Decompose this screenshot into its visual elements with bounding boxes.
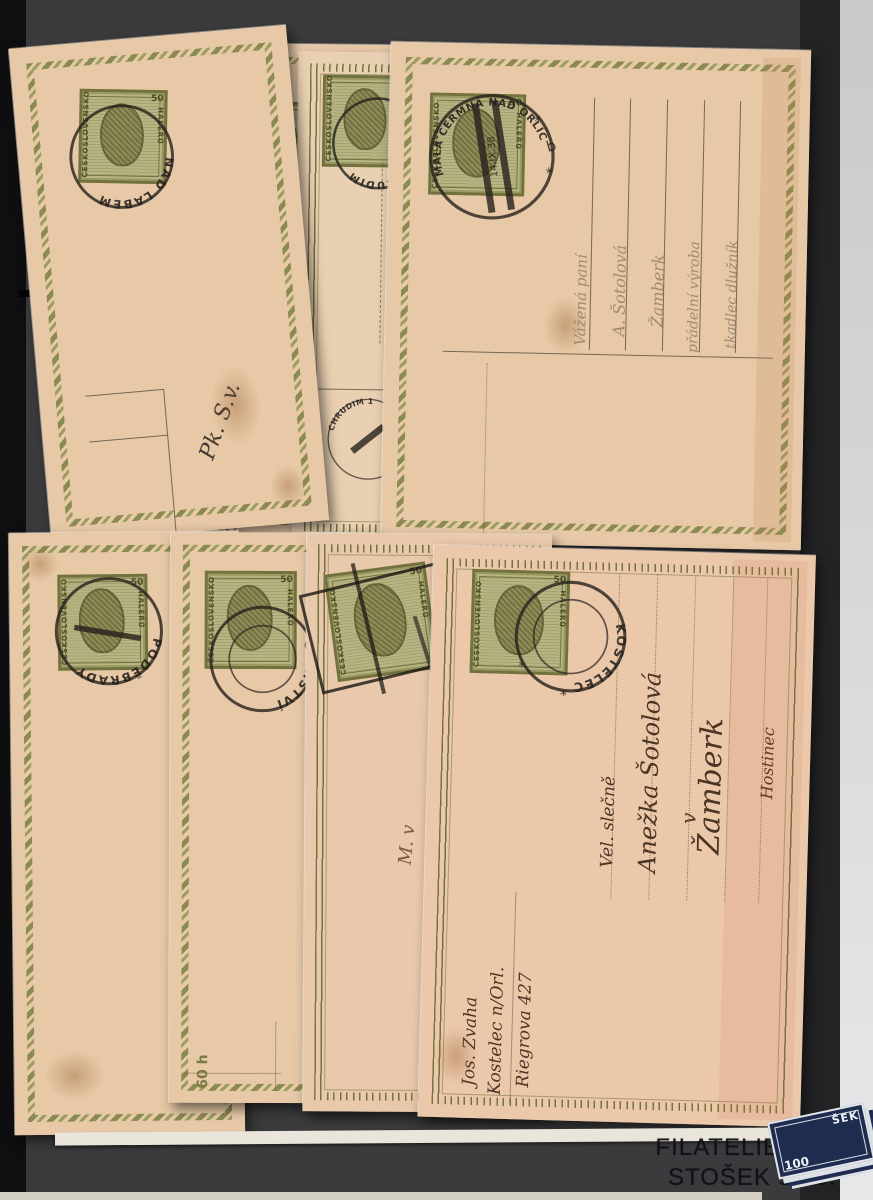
handwriting-line: Pk. S.v. (195, 379, 246, 463)
recipient-line: Žamberk (692, 717, 731, 855)
postcard-nad-labem: ČESKOSLOVENSKO 50 HALÉŘŮ NAD LABEM Pk. S… (9, 25, 329, 544)
recipient-line: Hostinec (757, 727, 778, 800)
postmark-town: KOSTELEC (565, 616, 644, 707)
page-edge-right (840, 0, 873, 1200)
address-line (589, 98, 595, 350)
dealer-watermark-line1: FILATELIE (648, 1134, 780, 1162)
postmark-letter: b (544, 137, 558, 156)
handwriting-line: A. Šotolová (609, 245, 630, 337)
postmark-podebrady: PODĚBRADY (30, 553, 187, 710)
sender-line: Riegrova 427 (513, 972, 536, 1088)
postmark-town: CHRUDIM 1 (321, 388, 378, 435)
postmark-nad-labem: NAD LABEM (41, 76, 202, 237)
recipient-line: Anežka Šotolová (633, 671, 667, 873)
handwriting-line: Vážená paní (571, 254, 591, 346)
sender-line: Kostelec n/Orl. (485, 966, 509, 1095)
postmark-town: PODĚBRADY (70, 633, 174, 702)
postmark-star: * (544, 164, 556, 182)
handwriting-line: přádelní výroba (685, 241, 703, 353)
handwriting-line: tkadlec dlužník (723, 240, 741, 349)
address-line (89, 435, 167, 443)
svg-text:CHRUDIM 1: CHRUDIM 1 (321, 388, 378, 435)
page-edge-bottom (0, 1192, 762, 1200)
svg-text:PODĚBRADY: PODĚBRADY (70, 633, 174, 702)
age-stain (261, 454, 316, 518)
age-stain (32, 1040, 117, 1111)
handwriting-line: Žamberk (647, 254, 668, 327)
postmark-star: * (552, 683, 569, 698)
photo-of-postal-stationery-lot: ČESKOSLOVENSKO 50 HALÉŘŮ NÁCHOD ul: Žirm… (0, 0, 873, 1200)
postcard-kostelec: ČESKOSLOVENSKO 50 HALÉŘŮ KOSTELEC * * Ve… (418, 545, 816, 1127)
denomination-imprint: 60 h (195, 1054, 211, 1088)
postcard-mala-cermna: ČESKOSLOVENSKO 50 HALÉŘŮ MALÁ ČERMNÁ NAD… (381, 42, 811, 551)
sender-line: Jos. Zvaha (459, 997, 481, 1087)
svg-text:KOSTELEC: KOSTELEC (565, 616, 644, 707)
address-line (443, 351, 773, 359)
address-line (85, 389, 163, 397)
recipient-line: Vel. slečně (597, 776, 620, 868)
address-line (275, 1021, 276, 1091)
toning-band (753, 57, 801, 542)
postmark-town: NAD LABEM (92, 151, 190, 227)
postmark-star: * (511, 654, 528, 669)
handwriting-line: M. v (395, 824, 420, 866)
svg-text:NAD LABEM: NAD LABEM (92, 151, 190, 227)
stamp-value: 50 (280, 575, 293, 585)
